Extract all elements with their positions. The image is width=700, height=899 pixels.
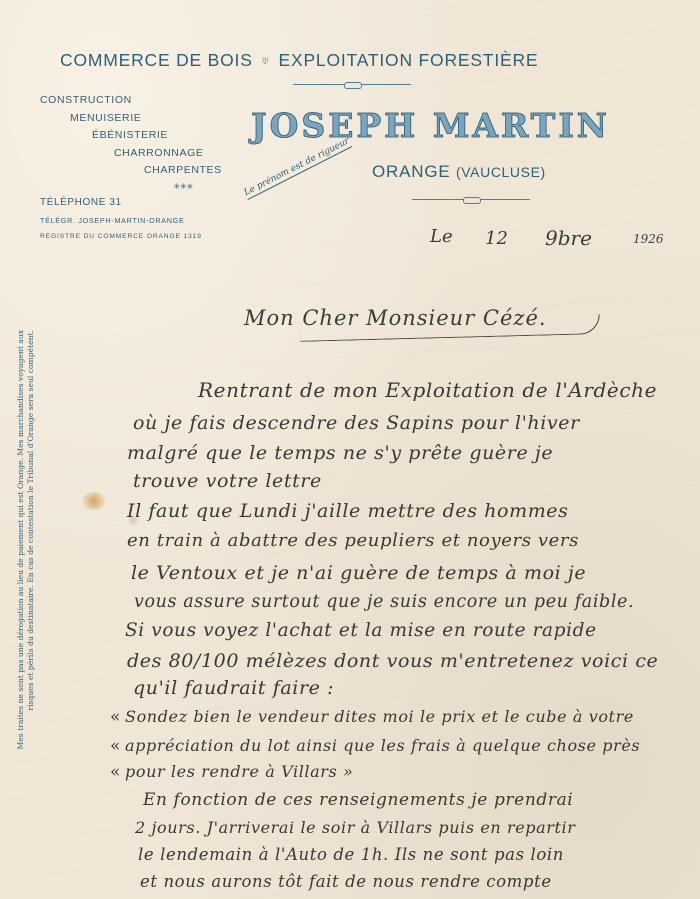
legal-notice-vertical: Mes traites ne sont pas une dérogation a… — [16, 330, 36, 890]
body-line: Rentrant de mon Exploitation de l'Ardèch… — [198, 378, 657, 402]
body-line: En fonction de ces renseignements je pre… — [143, 790, 573, 810]
body-line: appréciation du lot ainsi que les frais … — [125, 736, 640, 755]
telegraph-address: TÉLÉGR. JOSEPH-MARTIN-ORANGE — [40, 216, 184, 225]
trade-item: MENUISERIE — [70, 112, 222, 130]
body-line: en train à abattre des peupliers et noye… — [127, 530, 579, 551]
headline-exploitation: EXPLOITATION FORESTIÈRE — [279, 50, 539, 70]
headline-commerce: COMMERCE DE BOIS — [60, 50, 253, 70]
paper-stain — [83, 492, 105, 510]
trade-item: CHARPENTES — [144, 164, 222, 182]
quoted-line: «pour les rendre à Villars » — [110, 762, 353, 782]
motto-stamp: Le prénom est de rigueur — [243, 136, 352, 200]
body-line: pour les rendre à Villars » — [125, 762, 353, 781]
trade-item: CHARRONNAGE — [114, 147, 222, 165]
body-line: le lendemain à l'Auto de 1h. Ils ne sont… — [138, 845, 564, 864]
quote-mark: « — [110, 707, 121, 727]
company-name: JOSEPH MARTIN — [251, 106, 610, 145]
body-line: trouve votre lettre — [133, 470, 322, 492]
trades-ornament: ∗∗∗ — [173, 181, 193, 192]
headline-rule-ornament — [293, 84, 411, 85]
telephone-number: TÉLÉPHONE 31 — [40, 197, 122, 208]
date-month: 9bre — [545, 226, 592, 250]
trades-list: CONSTRUCTION MENUISERIE ÉBÉNISTERIE CHAR… — [40, 94, 222, 182]
body-line: Il faut que Lundi j'aille mettre des hom… — [127, 500, 569, 522]
trade-item: ÉBÉNISTERIE — [92, 129, 222, 147]
date-year: 1926 — [633, 232, 664, 246]
city-rule-ornament — [412, 199, 530, 200]
quote-mark: « — [110, 762, 121, 782]
quoted-line: «Sondez bien le vendeur dites moi le pri… — [110, 707, 634, 727]
body-line: où je fais descendre des Sapins pour l'h… — [133, 412, 580, 434]
trade-item: CONSTRUCTION — [40, 94, 222, 112]
body-line: et nous aurons tôt fait de nous rendre c… — [140, 872, 552, 891]
department-name: (VAUCLUSE) — [456, 164, 546, 180]
body-line: des 80/100 mélèzes dont vous m'entretene… — [127, 650, 658, 672]
body-line: vous assure surtout que je suis encore u… — [134, 592, 634, 612]
date-prefix: Le — [430, 226, 453, 247]
letter-page: COMMERCE DE BOIS♅EXPLOITATION FORESTIÈRE… — [0, 0, 700, 899]
quoted-line: «appréciation du lot ainsi que les frais… — [110, 736, 640, 756]
city-name: ORANGE — [372, 162, 450, 181]
body-line: malgré que le temps ne s'y prête guère j… — [127, 442, 553, 464]
company-location: ORANGE (VAUCLUSE) — [372, 162, 546, 182]
letterhead-headline: COMMERCE DE BOIS♅EXPLOITATION FORESTIÈRE — [60, 50, 660, 71]
body-line: le Ventoux et je n'ai guère de temps à m… — [131, 562, 586, 584]
body-line: Si vous voyez l'achat et la mise en rout… — [125, 620, 597, 641]
body-line: 2 jours. J'arriverai le soir à Villars p… — [135, 818, 576, 837]
body-line: qu'il faudrait faire : — [133, 677, 334, 699]
body-line: Sondez bien le vendeur dites moi le prix… — [125, 707, 634, 726]
quote-mark: « — [110, 736, 121, 756]
legal-notice-line: Mes traites ne sont pas une dérogation a… — [16, 330, 26, 890]
legal-notice-line: risques et périls du destinataire. En ca… — [26, 330, 36, 890]
date-day: 12 — [485, 228, 508, 249]
trade-register: REGISTRE DU COMMERCE ORANGE 1319 — [40, 233, 202, 240]
headline-separator-ornament: ♅ — [261, 53, 271, 67]
